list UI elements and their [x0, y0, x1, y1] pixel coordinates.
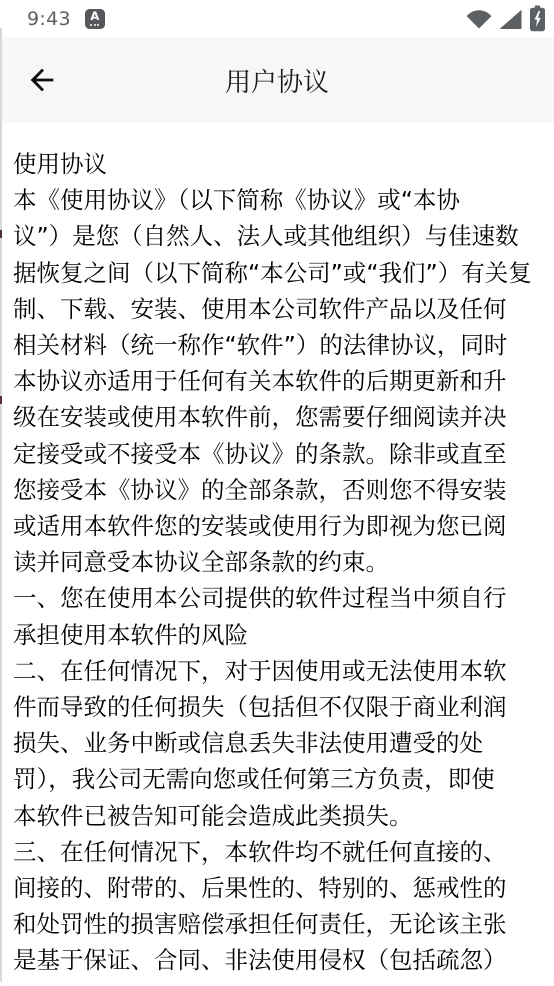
wifi-icon — [466, 9, 492, 29]
status-bar-left: 9:43 A — [27, 8, 105, 30]
agreement-text: 使用协议本《使用协议》（以下简称《协议》或“本协议”）是您（自然人、法人或其他组… — [13, 146, 541, 979]
battery-charging-icon — [529, 5, 546, 32]
status-bar-right — [466, 5, 546, 32]
agreement-line: 是基于保证、合同、非法使用侵权（包括疏忽） — [13, 942, 541, 978]
agreement-line: 或适用本软件您的安装或使用行为即视为您已阅 — [13, 508, 541, 544]
agreement-line: 三、在任何情况下，本软件均不就任何直接的、 — [13, 834, 541, 870]
notification-app-icon-letter: A — [85, 10, 105, 22]
phone-screen: 9:43 A 用户协议 — [0, 0, 554, 986]
agreement-line: 罚），我公司无需向您或任何第三方负责，即使 — [13, 761, 541, 797]
back-button[interactable] — [23, 61, 61, 99]
agreement-line: 本协议亦适用于任何有关本软件的后期更新和升 — [13, 363, 541, 399]
agreement-line: 损失、业务中断或信息丢失非法使用遭受的处 — [13, 725, 541, 761]
agreement-line: 使用协议 — [13, 146, 541, 182]
agreement-line: 本软件已被告知可能会造成此类损失。 — [13, 798, 541, 834]
agreement-line: 相关材料（统一称作“软件”）的法律协议，同时 — [13, 327, 541, 363]
agreement-line: 二、在任何情况下，对于因使用或无法使用本软 — [13, 653, 541, 689]
status-time: 9:43 — [27, 8, 71, 30]
agreement-line: 定接受或不接受本《协议》的条款。除非或直至 — [13, 436, 541, 472]
agreement-line: 制、下载、安装、使用本公司软件产品以及任何 — [13, 291, 541, 327]
agreement-line: 一、您在使用本公司提供的软件过程当中须自行 — [13, 580, 541, 616]
agreement-line: 据恢复之间（以下简称“本公司”或“我们”）有关复 — [13, 255, 541, 291]
screen-edge-artifact — [0, 230, 2, 238]
screen-left-edge — [0, 28, 2, 984]
agreement-line: 级在安装或使用本软件前，您需要仔细阅读并决 — [13, 399, 541, 435]
status-bar[interactable]: 9:43 A — [0, 0, 554, 37]
arrow-left-icon — [25, 63, 59, 97]
agreement-line: 件而导致的任何损失（包括但不仅限于商业利润 — [13, 689, 541, 725]
screen-edge-artifact — [0, 396, 2, 404]
agreement-line: 议”）是您（自然人、法人或其他组织）与佳速数 — [13, 218, 541, 254]
page-title: 用户协议 — [225, 62, 329, 99]
agreement-line: 承担使用本软件的风险 — [13, 617, 541, 653]
notification-app-icon: A — [85, 9, 105, 29]
agreement-line: 本《使用协议》（以下简称《协议》或“本协 — [13, 182, 541, 218]
agreement-line: 和处罚性的损害赔偿承担任何责任，无论该主张 — [13, 906, 541, 942]
agreement-line: 间接的、附带的、后果性的、特别的、惩戒性的 — [13, 870, 541, 906]
app-bar: 用户协议 — [0, 37, 554, 123]
agreement-line: 您接受本《协议》的全部条款，否则您不得安装 — [13, 472, 541, 508]
notification-app-icon-dots — [85, 24, 105, 26]
agreement-scroll-area[interactable]: 使用协议本《使用协议》（以下简称《协议》或“本协议”）是您（自然人、法人或其他组… — [0, 123, 554, 986]
agreement-line: 读并同意受本协议全部条款的约束。 — [13, 544, 541, 580]
cellular-signal-icon — [499, 9, 522, 29]
